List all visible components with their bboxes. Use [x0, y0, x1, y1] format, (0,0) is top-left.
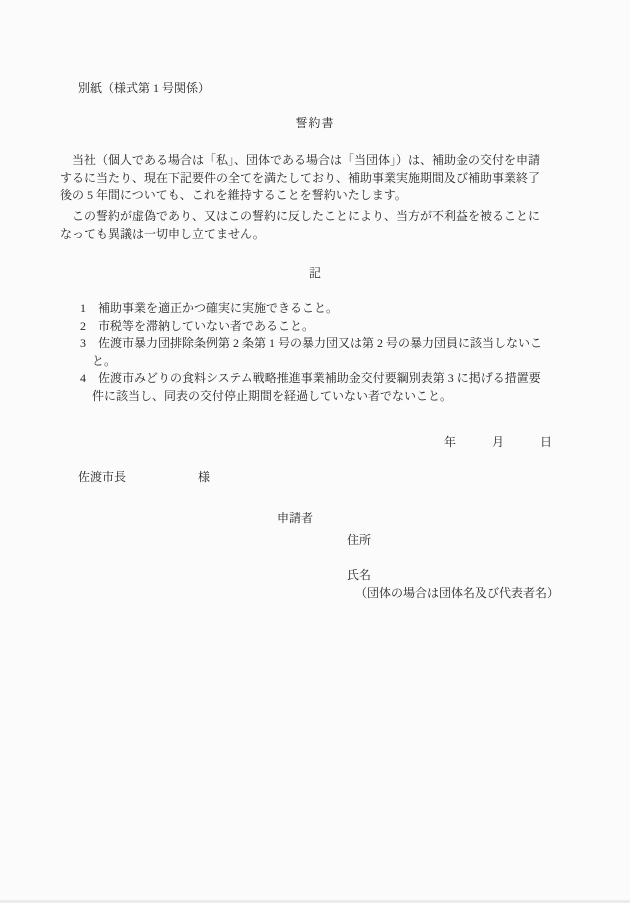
applicant-label: 申請者 [277, 510, 313, 528]
applicant-name-note: （団体の場合は団体名及び代表者名） [355, 585, 559, 603]
applicant-name-label: 氏名 [347, 567, 371, 585]
date-line: 年 月 日 [444, 434, 552, 452]
addressee-mayor-line: 佐渡市長 様 [78, 469, 210, 487]
requirements-list: 1 補助事業を適正かつ確実に実施できること。 2 市税等を滞納していない者である… [80, 300, 580, 405]
pledge-paragraph-2: この誓約が虚偽であり、又はこの誓約に反したことにより、当方が不利益を被ることに … [60, 208, 575, 243]
document-title: 誓約書 [0, 115, 630, 133]
pledge-paragraph-1: 当社（個人である場合は「私」、団体である場合は「当団体」）は、補助金の交付を申請… [60, 152, 575, 205]
pledge-document-page: 別紙（様式第 1 号関係） 誓約書 当社（個人である場合は「私」、団体である場合… [0, 0, 630, 903]
attachment-form-note: 別紙（様式第 1 号関係） [78, 80, 210, 98]
applicant-address-label: 住所 [347, 532, 371, 550]
section-marker-ki: 記 [0, 265, 630, 283]
